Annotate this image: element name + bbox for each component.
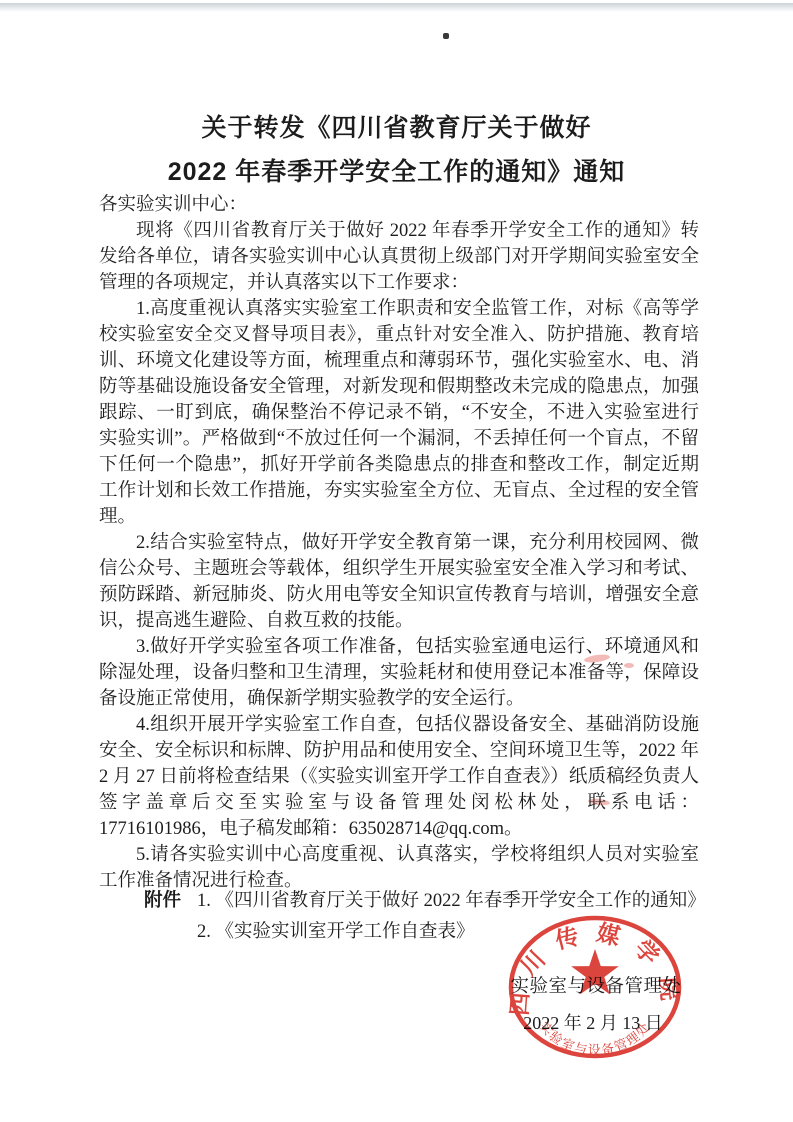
attachments-label: 附件 [144, 886, 181, 917]
paragraph-item-1: 1.高度重视认真落实实验室工作职责和安全监管工作，对标《高等学校实验室安全交叉督… [99, 296, 699, 530]
attachments-section: 附件 1. 《四川省教育厅关于做好 2022 年春季开学安全工作的通知》 2. … [144, 886, 706, 948]
signature-date: 2022 年 2 月 13 日 [445, 1009, 741, 1035]
paragraph-item-4: 4.组织开展开学实验室工作自查，包括仪器设备安全、基础消防设施安全、安全标识和标… [99, 712, 699, 842]
signature-department: 实验室与设备管理处 [445, 972, 747, 998]
ink-speck [443, 33, 449, 39]
salutation: 各实验实训中心： [99, 192, 699, 218]
paragraph-item-3: 3.做好开学实验室各项工作准备，包括实验室通电运行、环境通风和除湿处理，设备归整… [99, 634, 699, 712]
paragraph-item-2: 2.结合实验室特点，做好开学安全教育第一课，充分利用校园网、微信公众号、主题班会… [99, 530, 699, 634]
scan-edge-artifact [0, 3, 793, 12]
notice-title: 关于转发《四川省教育厅关于做好 2022 年春季开学安全工作的通知》通知 [0, 106, 793, 194]
paragraph-intro: 现将《四川省教育厅关于做好 2022 年春季开学安全工作的通知》转发给各单位，请… [99, 218, 699, 296]
notice-title-line1: 关于转发《四川省教育厅关于做好 [0, 106, 793, 150]
attachments-list: 1. 《四川省教育厅关于做好 2022 年春季开学安全工作的通知》 2. 《实验… [197, 886, 706, 948]
attachment-item: 1. 《四川省教育厅关于做好 2022 年春季开学安全工作的通知》 [197, 886, 706, 917]
notice-body: 各实验实训中心： 现将《四川省教育厅关于做好 2022 年春季开学安全工作的通知… [99, 192, 699, 894]
scanned-notice-page: 关于转发《四川省教育厅关于做好 2022 年春季开学安全工作的通知》通知 各实验… [0, 0, 793, 1122]
notice-title-line2: 2022 年春季开学安全工作的通知》通知 [0, 150, 793, 194]
attachment-item: 2. 《实验实训室开学工作自查表》 [197, 917, 706, 948]
